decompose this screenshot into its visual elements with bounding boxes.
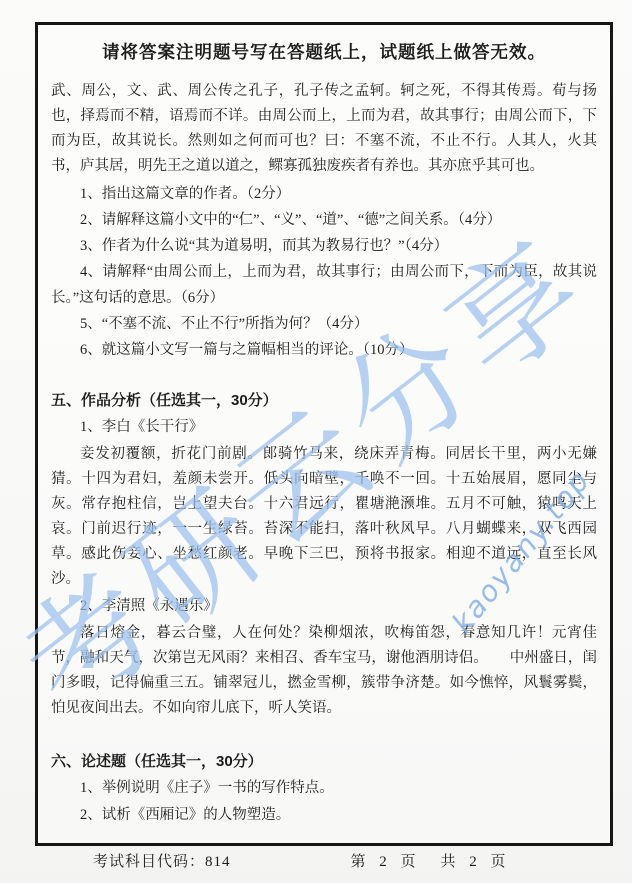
question-item-2: 2、请解释这篇小文中的“仁”、“义”、“道”、“德”之间关系。（4分） — [51, 207, 597, 233]
question-item-4: 4、请解释“由周公而上，上而为君，故其事行；由周公而下，下而为臣，故其说长。”这… — [51, 259, 597, 311]
question-item-6: 6、就这篇小文写一篇与之篇幅相当的评论。（10分） — [51, 337, 597, 363]
section-six-option2: 2、试析《西厢记》的人物塑造。 — [51, 802, 597, 829]
exam-border-frame: 请将答案注明题号写在答题纸上，试题纸上做答无效。 武、周公，文、武、周公传之孔子… — [35, 22, 613, 846]
section-five-option2-label: 2、李清照《永遇乐》 — [51, 593, 597, 620]
page-number: 第 2 页 共 2 页 — [351, 850, 511, 871]
section-five: 五、作品分析（任选其一，30分） 1、李白《长干行》 妾发初覆额，折花门前剧。郎… — [51, 387, 597, 721]
subject-code: 考试科目代码：814 — [93, 850, 231, 871]
section-five-option1-label: 1、李白《长干行》 — [51, 414, 597, 441]
section-six-title: 六、论述题（任选其一，30分） — [51, 748, 597, 775]
page-footer: 考试科目代码：814 第 2 页 共 2 页 — [35, 850, 612, 871]
section-six-option1: 1、举例说明《庄子》一书的写作特点。 — [51, 775, 597, 802]
section-five-title: 五、作品分析（任选其一，30分） — [51, 387, 597, 414]
answer-sheet-notice: 请将答案注明题号写在答题纸上，试题纸上做答无效。 — [51, 39, 597, 64]
question-list: 1、指出这篇文章的作者。（2分） 2、请解释这篇小文中的“仁”、“义”、“道”、… — [51, 181, 597, 363]
question-item-5: 5、“不塞不流、不止不行”所指为何？（4分） — [51, 311, 597, 337]
question-item-3: 3、作者为什么说“其为道易明，而其为教易行也？”（4分） — [51, 233, 597, 259]
question-item-1: 1、指出这篇文章的作者。（2分） — [51, 181, 597, 207]
poem-yongyule: 落日熔金，暮云合璧，人在何处？染柳烟浓，吹梅笛怨，春意知几许！元宵佳节，融和天气… — [51, 621, 597, 721]
passage-text: 武、周公，文、武、周公传之孔子，孔子传之孟轲。轲之死，不得其传焉。荀与扬也，择焉… — [51, 79, 597, 179]
section-six: 六、论述题（任选其一，30分） 1、举例说明《庄子》一书的写作特点。 2、试析《… — [51, 748, 597, 829]
scanned-exam-page: 请将答案注明题号写在答题纸上，试题纸上做答无效。 武、周公，文、武、周公传之孔子… — [0, 0, 632, 883]
poem-changganxing: 妾发初覆额，折花门前剧。郎骑竹马来，绕床弄青梅。同居长干里，两小无嫌猜。十四为君… — [51, 442, 597, 592]
